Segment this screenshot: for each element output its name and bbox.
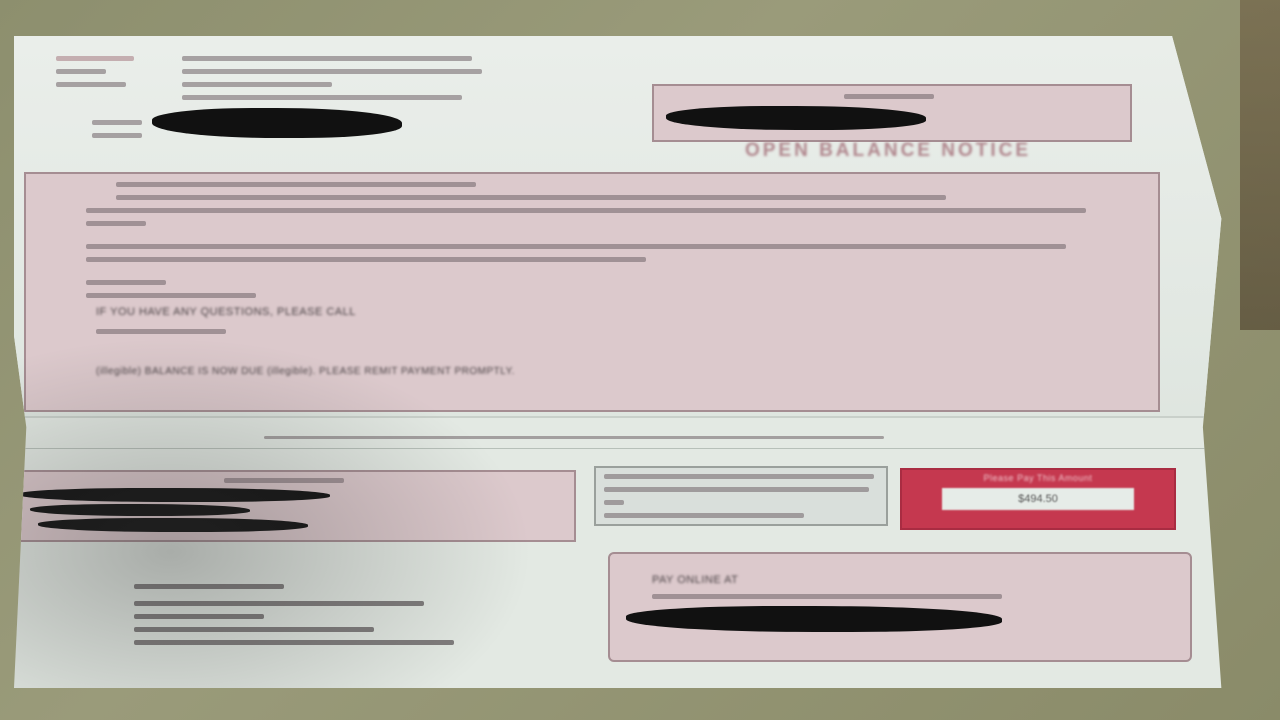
pay-online-box: PAY ONLINE AT	[608, 552, 1192, 662]
pay-online-url[interactable]	[652, 594, 1002, 599]
recipient-label	[92, 120, 152, 146]
hand-shadow	[14, 336, 534, 696]
background-object	[1240, 0, 1280, 330]
bill-paper: OPEN BALANCE NOTICE IF YOU HAVE ANY QUES…	[14, 36, 1246, 688]
payee-box	[594, 466, 888, 526]
sender-address	[182, 56, 482, 108]
phone-number	[96, 329, 226, 334]
sender-label	[56, 56, 138, 95]
amount-due-value: $494.50	[942, 488, 1134, 510]
amount-due-label: Please Pay This Amount	[902, 473, 1174, 483]
redacted-recipient	[152, 108, 402, 138]
questions-line: IF YOU HAVE ANY QUESTIONS, PLEASE CALL	[96, 306, 356, 318]
pay-online-label: PAY ONLINE AT	[652, 574, 738, 586]
amount-due-box: Please Pay This Amount $494.50	[900, 468, 1176, 530]
notice-box	[652, 84, 1132, 142]
body-text	[86, 182, 1126, 312]
redacted-recipient	[666, 106, 926, 130]
notice-title: OPEN BALANCE NOTICE	[648, 140, 1128, 162]
redacted-account	[626, 606, 1002, 632]
